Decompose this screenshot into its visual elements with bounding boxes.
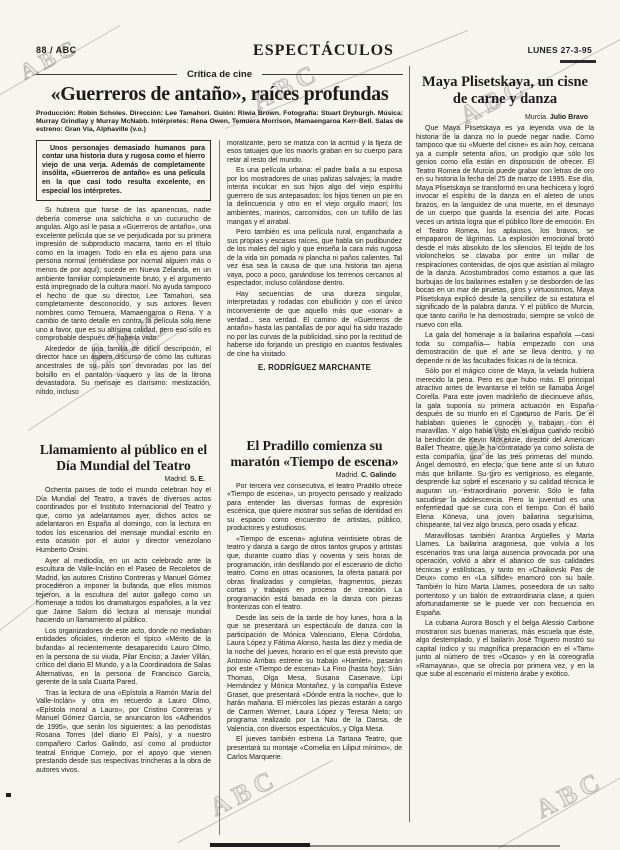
kicker-label: Crítica de cine xyxy=(177,69,262,80)
article-paragraph: Maravillosas también Arantxa Argüelles y… xyxy=(416,533,594,618)
section-title: ESPECTÁCULOS xyxy=(211,42,436,60)
pradillo-byline: Madrid. C. Galindo xyxy=(227,472,402,479)
column-2: moralizante, pero se matiza con la acrit… xyxy=(219,140,402,835)
scan-mark xyxy=(310,845,560,847)
two-column-area: Unos personajes demasiado humanos para c… xyxy=(36,140,403,835)
kicker-rule-right xyxy=(262,74,403,75)
article-paragraph: La cubana Aurora Bosch y el belga Alessi… xyxy=(416,620,594,680)
byline-author: Julio Bravo xyxy=(550,114,588,121)
byline-author: C. Galindo xyxy=(361,472,396,479)
film-review-col1-text: Si hubiera que fiarse de las apariencias… xyxy=(36,207,211,436)
column-1: Unos personajes demasiado humanos para c… xyxy=(36,140,211,835)
article-paragraph: Sólo por el mágico cisne de Maya, la vel… xyxy=(416,368,594,530)
byline-author: S. E. xyxy=(190,476,205,483)
article-paragraph: Los organizadores de este acto, donde no… xyxy=(36,628,211,688)
byline-city: Madrid. xyxy=(165,476,188,483)
scan-mark xyxy=(6,793,11,797)
pradillo-headline: El Pradillo comienza su maratón «Tiempo … xyxy=(227,438,402,470)
article-paragraph: Si hubiera que fiarse de las apariencias… xyxy=(36,207,211,344)
article-paragraph: Ochenta países de todo el mundo celebran… xyxy=(36,487,211,555)
maya-text: Que Maya Plisetskaya es ya leyenda viva … xyxy=(416,125,594,813)
reviewer-signature: E. RODRÍGUEZ MARCHANTE xyxy=(227,363,402,372)
standfirst-box: Unos personajes demasiado humanos para c… xyxy=(36,140,211,202)
film-credits: Producción: Robin Scholes. Dirección: Le… xyxy=(36,110,403,135)
byline-city: Madrid. xyxy=(336,472,359,479)
kicker-rule-left xyxy=(36,74,177,75)
standfirst-text: Unos personajes demasiado humanos para c… xyxy=(42,145,205,197)
article-paragraph: La gala del homenaje a la bailarina espa… xyxy=(416,332,594,366)
theatre-day-headline: Llamamiento al público en el Día Mundial… xyxy=(36,442,211,474)
article-paragraph: moralizante, pero se matiza con la acrit… xyxy=(227,140,402,166)
film-review-headline: «Guerreros de antaño», raíces profundas xyxy=(36,83,403,106)
page-number: 88 / ABC xyxy=(36,45,77,55)
pradillo-text: Por tercera vez consecutiva, el teatro P… xyxy=(227,483,402,835)
article-paragraph: Hay secuencias de una dureza singular, i… xyxy=(227,291,402,359)
article-paragraph: Por tercera vez consecutiva, el teatro P… xyxy=(227,483,402,534)
article-paragraph: Es una película urbana: el padre baila a… xyxy=(227,167,402,227)
page-header: 88 / ABC ESPECTÁCULOS LUNES 27-3-95 xyxy=(36,42,594,60)
article-paragraph: «Tiempo de escena» aglutina veintisiete … xyxy=(227,536,402,613)
article-paragraph: Pero también es una película rural, enga… xyxy=(227,229,402,289)
article-paragraph: El jueves también estrena La Tartana Tea… xyxy=(227,736,402,762)
article-paragraph: Ayer al mediodía, en un acto celebrado a… xyxy=(36,558,211,626)
page-date: LUNES 27-3-95 xyxy=(528,45,592,55)
article-paragraph: Alrededor de una familia de difícil desc… xyxy=(36,346,211,397)
kicker: Crítica de cine xyxy=(36,68,403,80)
scan-mark xyxy=(210,843,310,847)
article-paragraph: Que Maya Plisetskaya es ya leyenda viva … xyxy=(416,125,594,330)
maya-byline: Murcia. Julio Bravo xyxy=(416,114,594,121)
date-rule xyxy=(560,60,596,63)
film-review-col2-text: moralizante, pero se matiza con la acrit… xyxy=(227,140,402,432)
maya-headline: Maya Plisetskaya, un cisne de carne y da… xyxy=(420,74,590,108)
byline-city: Murcia. xyxy=(525,114,548,121)
page-body: Crítica de cine «Guerreros de antaño», r… xyxy=(36,66,594,822)
theatre-day-byline: Madrid. S. E. xyxy=(36,476,211,483)
maya-article: Maya Plisetskaya, un cisne de carne y da… xyxy=(409,66,594,822)
article-paragraph: Tras la lectura de una «Epístola a Ramón… xyxy=(36,690,211,775)
article-paragraph: Desde las seis de la tarde de hoy lunes,… xyxy=(227,615,402,735)
newspaper-page: ABC ABC ABC ABC ABC ABC ABC 88 / ABC ESP… xyxy=(0,0,620,850)
theatre-day-text: Ochenta países de todo el mundo celebran… xyxy=(36,487,211,799)
film-review-block: Crítica de cine «Guerreros de antaño», r… xyxy=(36,66,403,822)
